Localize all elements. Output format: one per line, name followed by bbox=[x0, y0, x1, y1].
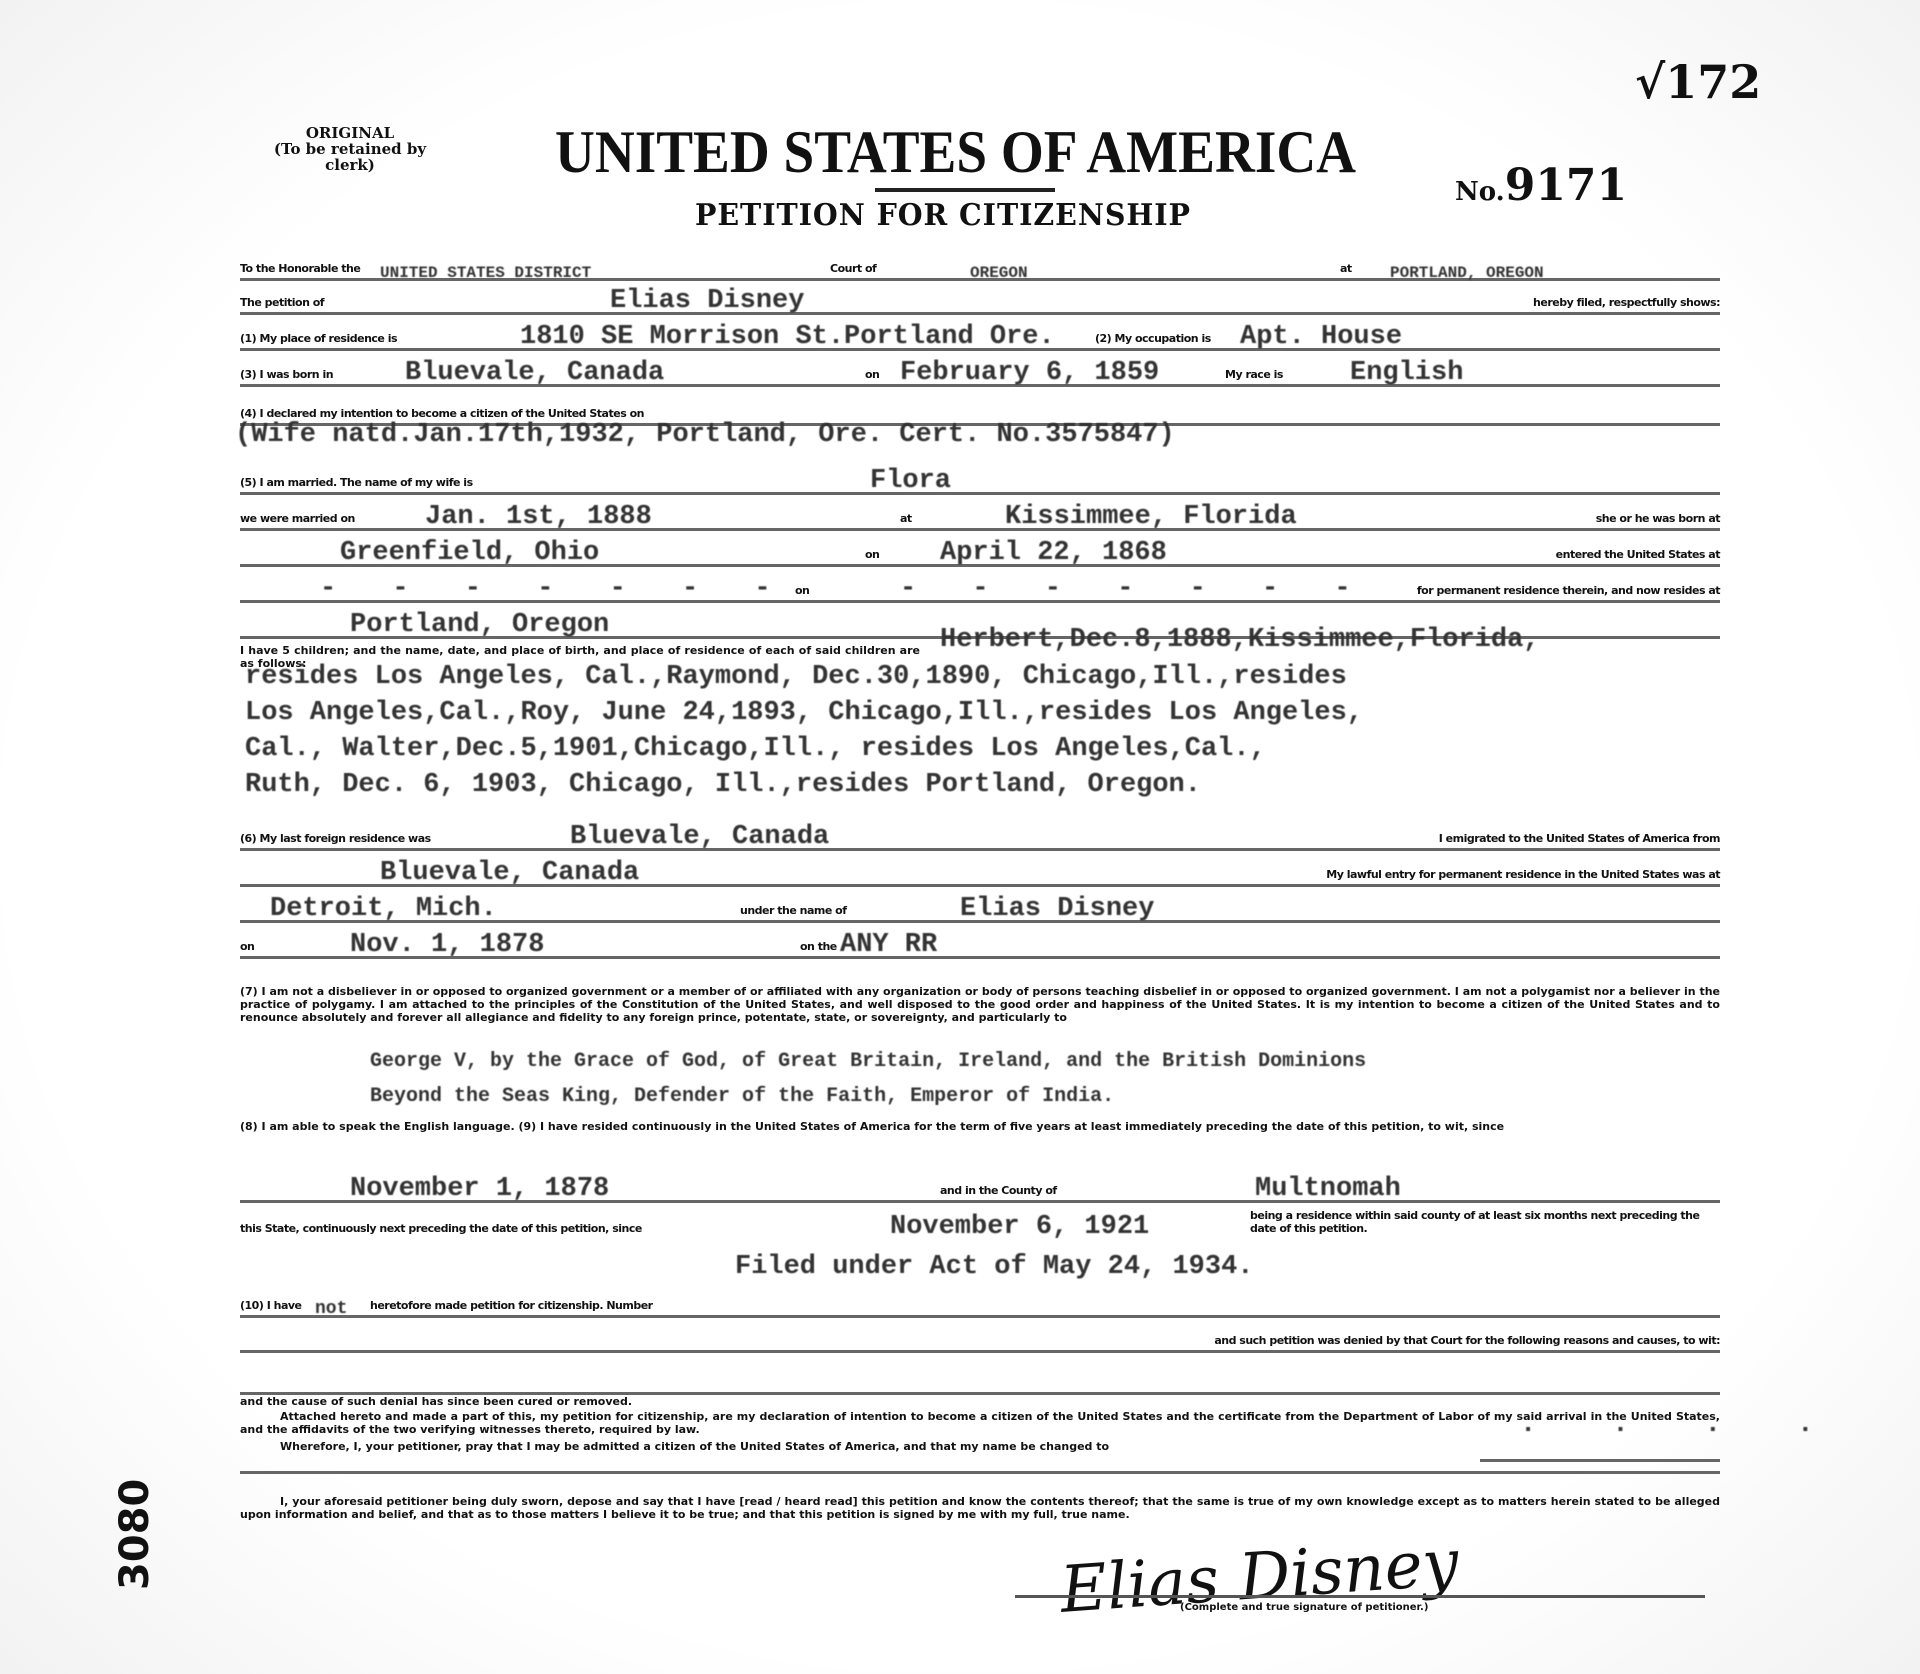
entered-date: - - - - - - - bbox=[900, 574, 1371, 604]
born-on-label: on bbox=[865, 368, 879, 381]
petition-of-label: The petition of bbox=[240, 296, 324, 309]
born-place: Bluevale, Canada bbox=[405, 358, 664, 388]
entry-row: Detroit, Mich. under the name of Elias D… bbox=[240, 890, 1720, 923]
denied-row: and such petition was denied by that Cou… bbox=[240, 1320, 1720, 1353]
last-foreign-value: Bluevale, Canada bbox=[570, 822, 829, 852]
race-value: English bbox=[1350, 358, 1463, 388]
married-row: (5) I am married. The name of my wife is… bbox=[240, 462, 1720, 495]
child-line: resides Los Angeles, Cal.,Raymond, Dec.3… bbox=[245, 662, 1347, 692]
state-since: November 6, 1921 bbox=[890, 1212, 1149, 1242]
oath-box: read / heard read bbox=[744, 1495, 852, 1508]
original-note: ORIGINAL (To be retained by clerk) bbox=[250, 125, 450, 173]
at-value: PORTLAND, OREGON bbox=[1390, 264, 1544, 282]
occupation-value: Apt. House bbox=[1240, 322, 1402, 352]
signature-label: (Complete and true signature of petition… bbox=[1180, 1602, 1428, 1613]
married-date-row: we were married on Jan. 1st, 1888 at Kis… bbox=[240, 498, 1720, 531]
spouse-entry-row: - - - - - - - on - - - - - - - for perma… bbox=[240, 570, 1720, 603]
county-value: Multnomah bbox=[1255, 1174, 1401, 1204]
child-line: Los Angeles,Cal.,Roy, June 24,1893, Chic… bbox=[245, 698, 1363, 728]
at-label: at bbox=[1340, 262, 1352, 275]
allegiance-sovereign: George V, by the Grace of God, of Great … bbox=[370, 1050, 1366, 1073]
oath-text-1: I, your aforesaid petitioner being duly … bbox=[280, 1495, 735, 1508]
declaration-value: (Wife natd.Jan.17th,1932, Portland, Ore.… bbox=[235, 420, 1175, 450]
entered-place: - - - - - - - bbox=[320, 574, 791, 604]
vessel-label: on the bbox=[800, 940, 837, 953]
state-since-label: this State, continuously next preceding … bbox=[240, 1222, 642, 1235]
permanent-label: for permanent residence therein, and now… bbox=[1417, 584, 1720, 597]
spouse-resides: Portland, Oregon bbox=[350, 610, 609, 640]
continuous-row: November 1, 1878 and in the County of Mu… bbox=[240, 1170, 1720, 1203]
county-label: and in the County of bbox=[940, 1184, 1057, 1197]
document-subtitle: PETITION FOR CITIZENSHIP bbox=[695, 198, 1191, 233]
document-title: UNITED STATES OF AMERICA bbox=[555, 118, 1356, 187]
entered-on-label: on bbox=[795, 584, 809, 597]
under-name-label: under the name of bbox=[740, 904, 846, 917]
filed-under: Filed under Act of May 24, 1934. bbox=[735, 1252, 1253, 1282]
lawful-entry-label: My lawful entry for permanent residence … bbox=[1326, 868, 1720, 881]
petition-number-prefix: No. bbox=[1455, 177, 1505, 207]
entered-label: entered the United States at bbox=[1556, 548, 1720, 561]
married-label: (5) I am married. The name of my wife is bbox=[240, 476, 473, 489]
wherefore-text: Wherefore, I, your petitioner, pray that… bbox=[240, 1440, 1500, 1453]
allegiance-sovereign-2: Beyond the Seas King, Defender of the Fa… bbox=[370, 1085, 1114, 1108]
declaration-label: (4) I declared my intention to become a … bbox=[240, 407, 644, 420]
emigrated-row: Bluevale, Canada My lawful entry for per… bbox=[240, 854, 1720, 887]
emigrated-from: Bluevale, Canada bbox=[380, 858, 639, 888]
denied-text: and such petition was denied by that Cou… bbox=[1214, 1334, 1720, 1347]
petition-number-value: 9171 bbox=[1505, 160, 1627, 211]
married-at-label: at bbox=[900, 512, 912, 525]
court-value: UNITED STATES DISTRICT bbox=[380, 264, 591, 282]
spouse-birth-row: Greenfield, Ohio on April 22, 1868 enter… bbox=[240, 534, 1720, 567]
born-date: February 6, 1859 bbox=[900, 358, 1159, 388]
spouse-born-date: April 22, 1868 bbox=[940, 538, 1167, 568]
child-line: Cal., Walter,Dec.5,1901,Chicago,Ill., re… bbox=[245, 734, 1266, 764]
court-label: To the Honorable the bbox=[240, 262, 360, 275]
prior-petition-row: (10) I have not heretofore made petition… bbox=[240, 1285, 1720, 1318]
name-change-line bbox=[1480, 1458, 1720, 1462]
race-label: My race is bbox=[1225, 368, 1283, 381]
petitioner-name: Elias Disney bbox=[610, 286, 804, 316]
she-born-label: she or he was born at bbox=[1596, 512, 1720, 525]
entry-place: Detroit, Mich. bbox=[270, 894, 497, 924]
petition-number: No.9171 bbox=[1455, 160, 1627, 211]
cause-row bbox=[240, 1362, 1720, 1395]
entry-on-label: on bbox=[240, 940, 254, 953]
oath-text: I, your aforesaid petitioner being duly … bbox=[240, 1495, 1720, 1521]
residence-value: 1810 SE Morrison St.Portland Ore. bbox=[520, 322, 1055, 352]
prior-petition-value: not bbox=[315, 1299, 347, 1319]
side-stamp-number: 3080 bbox=[112, 1479, 158, 1590]
last-foreign-row: (6) My last foreign residence was Blueva… bbox=[240, 818, 1720, 851]
signature-line bbox=[1015, 1595, 1705, 1598]
state-since-row: this State, continuously next preceding … bbox=[240, 1208, 1720, 1238]
emigrated-label: I emigrated to the United States of Amer… bbox=[1439, 832, 1720, 845]
oath-top-line bbox=[240, 1470, 1720, 1474]
residence-text: (8) I am able to speak the English langu… bbox=[240, 1120, 1720, 1133]
state-since-suffix: being a residence within said county of … bbox=[1250, 1209, 1720, 1235]
residence-row: (1) My place of residence is 1810 SE Mor… bbox=[240, 318, 1720, 351]
continuous-since: November 1, 1878 bbox=[350, 1174, 609, 1204]
entry-date: Nov. 1, 1878 bbox=[350, 930, 544, 960]
title-underline bbox=[875, 188, 1055, 192]
spouse-name: Flora bbox=[870, 466, 951, 496]
spouse-born-on-label: on bbox=[865, 548, 879, 561]
married-on-label: we were married on bbox=[240, 512, 355, 525]
last-foreign-label: (6) My last foreign residence was bbox=[240, 832, 431, 845]
birth-row: (3) I was born in Bluevale, Canada on Fe… bbox=[240, 354, 1720, 387]
residence-label: (1) My place of residence is bbox=[240, 332, 397, 345]
married-place: Kissimmee, Florida bbox=[1005, 502, 1297, 532]
allegiance-text: (7) I am not a disbeliever in or opposed… bbox=[240, 985, 1720, 1024]
original-label: ORIGINAL bbox=[250, 125, 450, 141]
child-line: Herbert,Dec.8,1888,Kissimmee,Florida, bbox=[940, 625, 1540, 655]
born-label: (3) I was born in bbox=[240, 368, 333, 381]
document-page: ORIGINAL (To be retained by clerk) UNITE… bbox=[0, 0, 1920, 1674]
child-line: Ruth, Dec. 6, 1903, Chicago, Ill.,reside… bbox=[245, 770, 1201, 800]
clerk-label: clerk) bbox=[250, 157, 450, 173]
cause-text: and the cause of such denial has since b… bbox=[240, 1395, 1720, 1408]
married-date: Jan. 1st, 1888 bbox=[425, 502, 652, 532]
vessel-value: ANY RR bbox=[840, 930, 937, 960]
retained-label: (To be retained by bbox=[250, 141, 450, 157]
check-mark-number: √172 bbox=[1635, 55, 1761, 109]
court-row: To the Honorable the UNITED STATES DISTR… bbox=[240, 248, 1720, 281]
court-of-label: Court of bbox=[830, 262, 876, 275]
petitioner-row: The petition of Elias Disney hereby file… bbox=[240, 282, 1720, 315]
prior-petition-text: heretofore made petition for citizenship… bbox=[370, 1299, 653, 1312]
respectfully-label: hereby filed, respectfully shows: bbox=[1533, 296, 1720, 309]
prior-petition-label: (10) I have bbox=[240, 1299, 302, 1312]
entry-date-row: on Nov. 1, 1878 on the ANY RR bbox=[240, 926, 1720, 959]
spouse-born-place: Greenfield, Ohio bbox=[340, 538, 599, 568]
wherefore-row bbox=[240, 1420, 1720, 1440]
occupation-label: (2) My occupation is bbox=[1095, 332, 1211, 345]
name-change: . . . . bbox=[1520, 1410, 1843, 1440]
entry-name: Elias Disney bbox=[960, 894, 1154, 924]
court-of-value: OREGON bbox=[970, 264, 1028, 282]
